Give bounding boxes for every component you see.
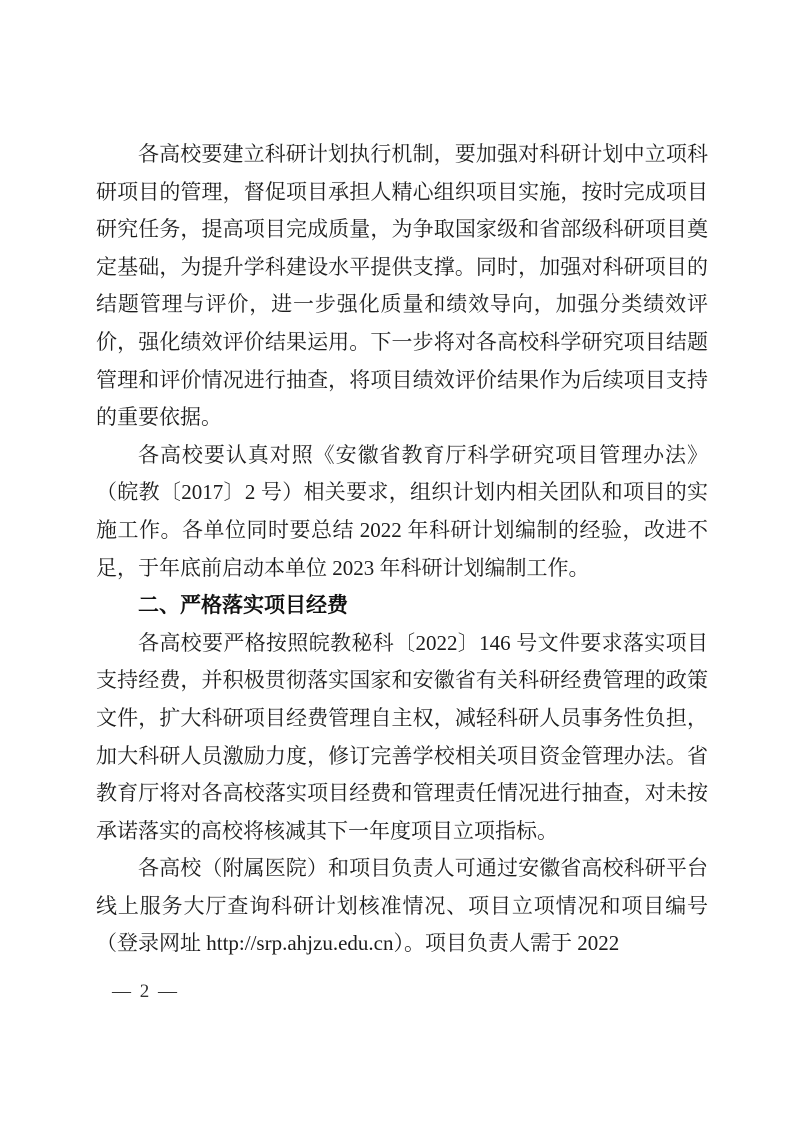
paragraph-funding-implementation: 各高校要严格按照皖教秘科〔2022〕146 号文件要求落实项目支持经费，并积极贯… xyxy=(96,625,708,851)
section-heading-project-funding: 二、严格落实项目经费 xyxy=(96,587,708,625)
document-body: 各高校要建立科研计划执行机制，要加强对科研计划中立项科研项目的管理，督促项目承担… xyxy=(96,136,708,963)
document-page: 各高校要建立科研计划执行机制，要加强对科研计划中立项科研项目的管理，督促项目承担… xyxy=(0,0,794,1122)
paragraph-management-measures: 各高校要认真对照《安徽省教育厅科学研究项目管理办法》（皖教〔2017〕2 号）相… xyxy=(96,437,708,587)
page-number: — 2 — xyxy=(112,981,179,1003)
paragraph-research-plan-execution: 各高校要建立科研计划执行机制，要加强对科研计划中立项科研项目的管理，督促项目承担… xyxy=(96,136,708,437)
paragraph-platform-query: 各高校（附属医院）和项目负责人可通过安徽省高校科研平台线上服务大厅查询科研计划核… xyxy=(96,850,708,963)
